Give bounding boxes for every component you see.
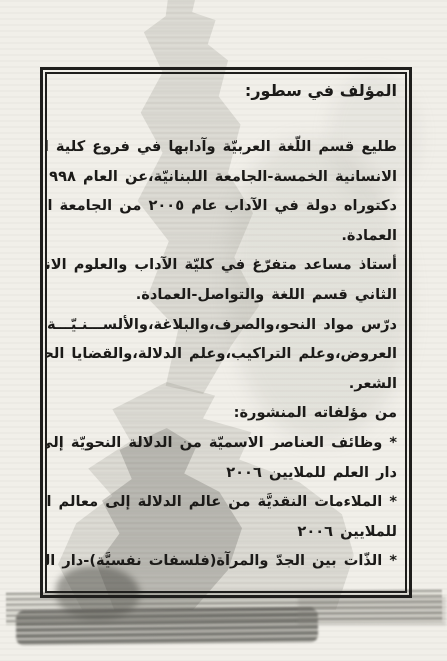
text-line: العمادة. <box>55 221 397 251</box>
publication-line: للملايين ٢٠٠٦ <box>55 517 397 547</box>
text-line: دكتوراه دولة في الآداب عام ٢٠٠٥ من الجام… <box>55 191 397 221</box>
publication-line: * الملاءمات النقديَّة من عالم الدلالة إل… <box>55 487 397 517</box>
publication-line: * الذّات بين الجدّ والمرآة(فلسفات نفسيَّ… <box>55 546 397 576</box>
text-line: أستاذ مساعد متفرّغ في كليّة الآداب والعل… <box>55 250 397 280</box>
text-line: طليع قسم اللّغة العربيّة وآدابها في فروع… <box>55 132 397 162</box>
text-line: الانسانية الخمسة-الجامعة اللبنانيّة،عن ا… <box>55 162 397 192</box>
text-line: الشعر. <box>55 369 397 399</box>
page-border-frame: المؤلف في سطور: طليع قسم اللّغة العربيّة… <box>40 67 412 598</box>
ink-smudge-band-right <box>298 597 446 625</box>
page-border-frame-inner: المؤلف في سطور: طليع قسم اللّغة العربيّة… <box>45 72 407 593</box>
text-line: العروض،وعلم التراكيب،وعلم الدلالة،والقضا… <box>55 339 397 369</box>
author-bio-heading: المؤلف في سطور: <box>55 76 397 106</box>
text-line: درّس مواد النحو،والصرف،والبلاغة،والألســ… <box>55 310 397 340</box>
publication-line: دار العلم للملايين ٢٠٠٦ <box>55 458 397 488</box>
text-line: الثاني قسم اللغة والتواصل-العمادة. <box>55 280 397 310</box>
scanned-book-page: المؤلف في سطور: طليع قسم اللّغة العربيّة… <box>0 0 447 661</box>
text-line: من مؤلفاته المنشورة: <box>55 398 397 428</box>
publication-line: * وظائف العناصر الاسميّة من الدلالة النح… <box>55 428 397 458</box>
ink-smudge-band-dark <box>16 607 318 645</box>
